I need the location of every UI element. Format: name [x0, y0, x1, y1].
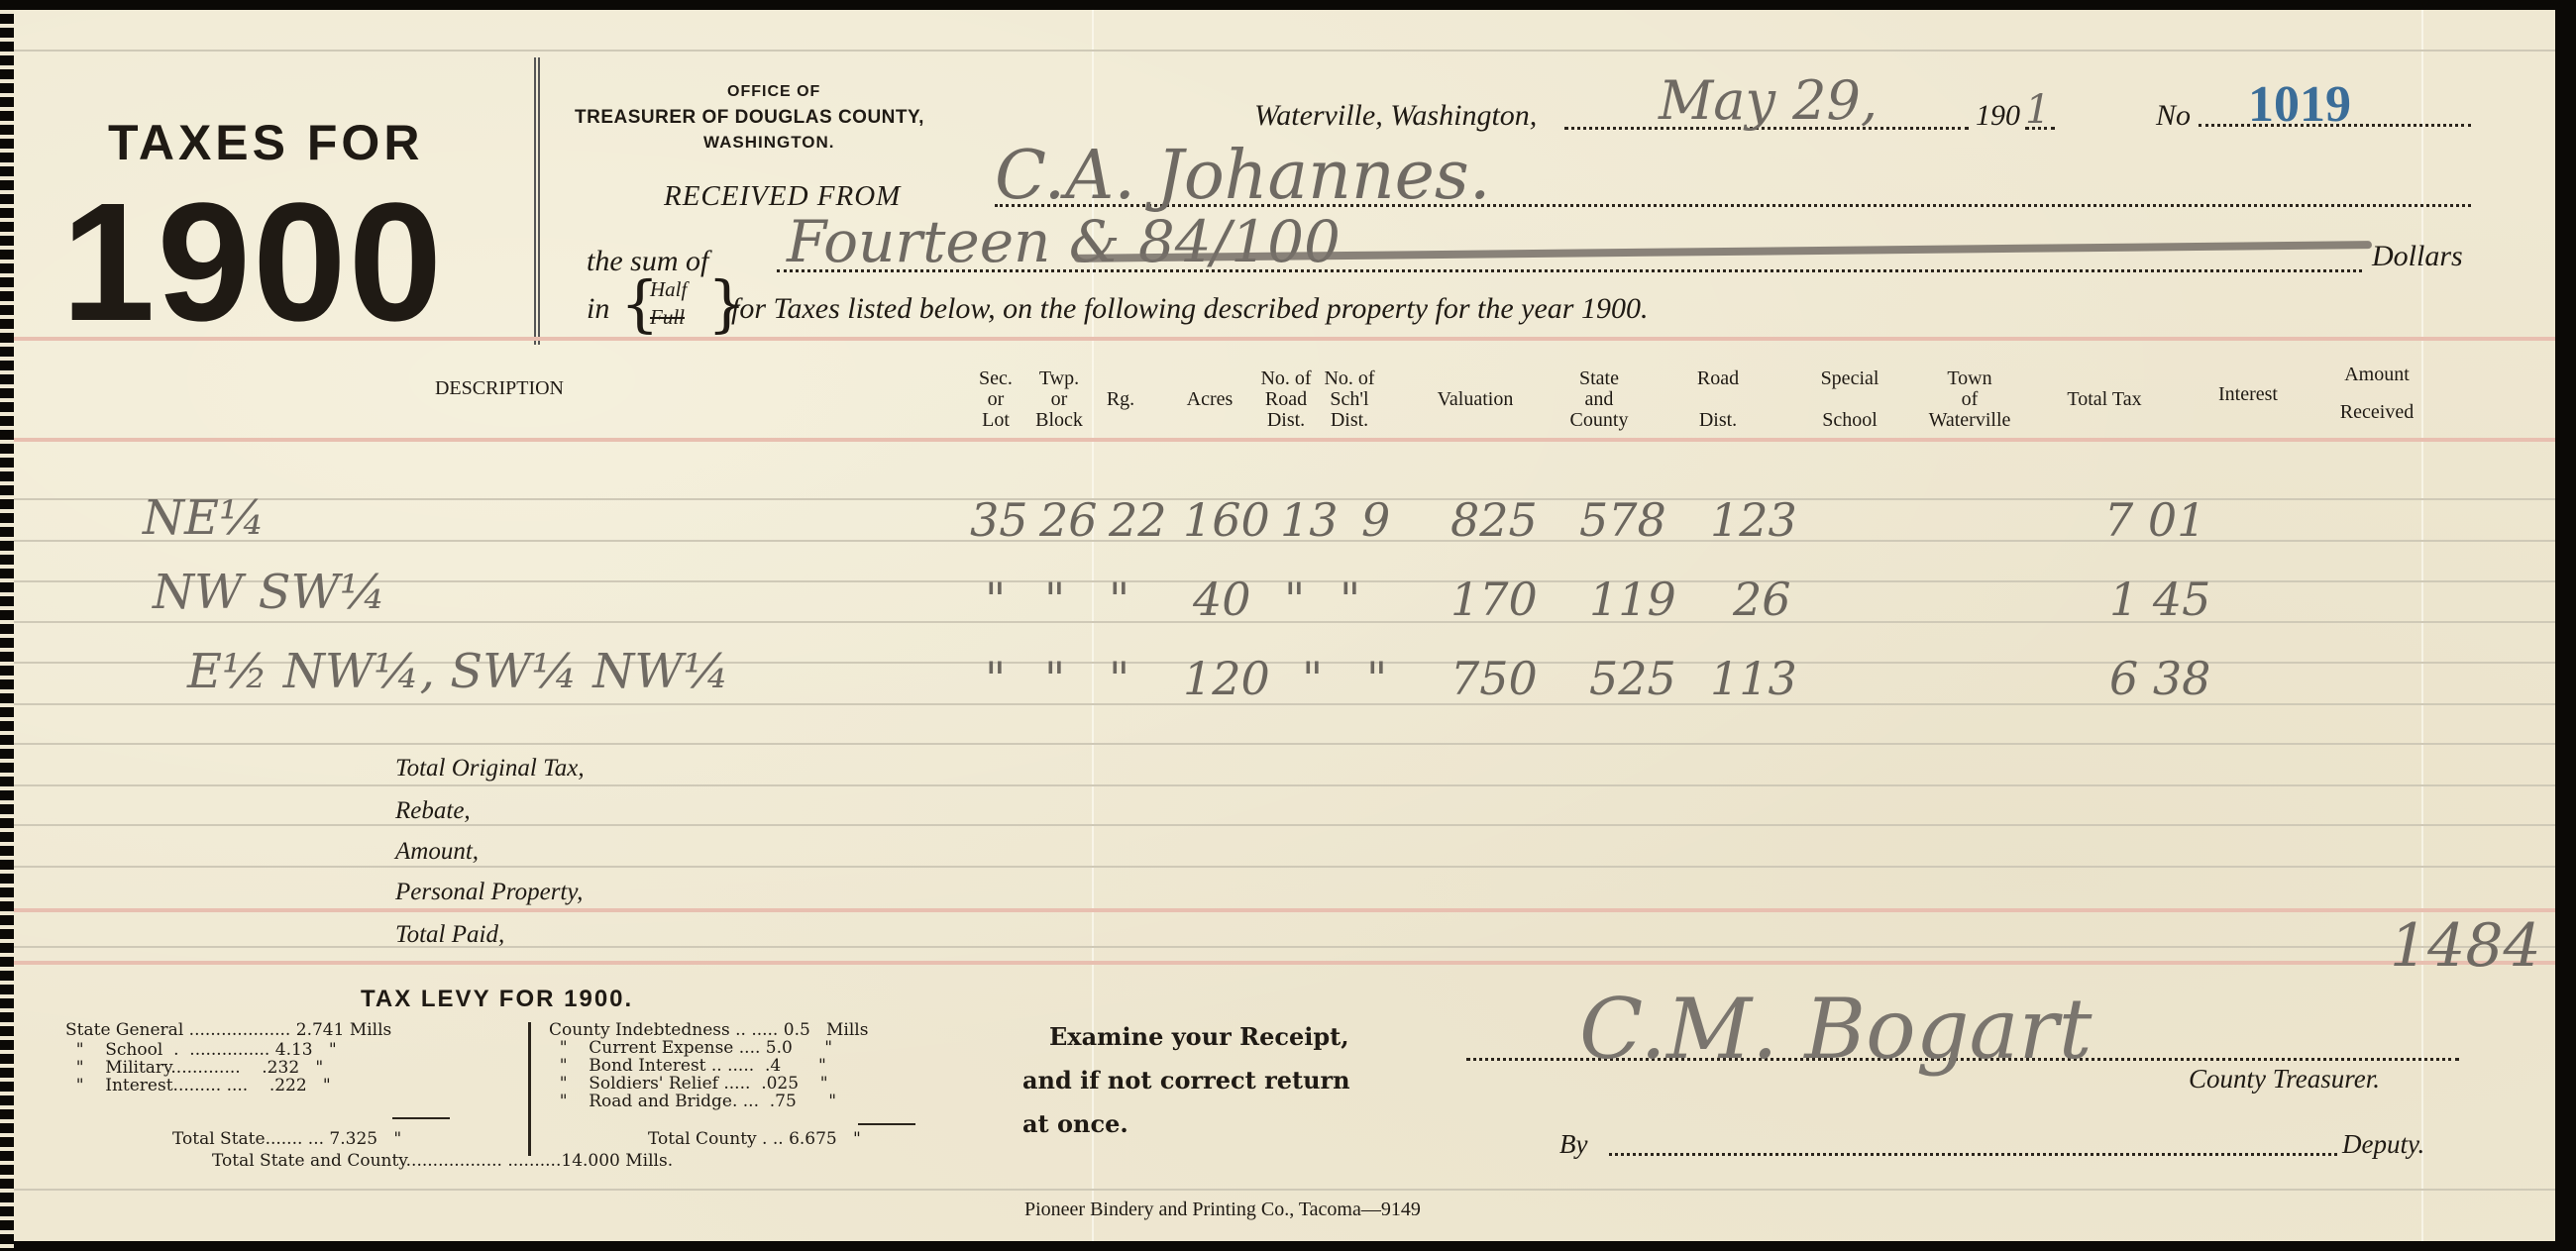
col-line: No. of [1320, 368, 1379, 389]
cell-acres: 120 [1183, 652, 1270, 705]
levy-label: " School . ............... [65, 1040, 269, 1060]
amount-label: Amount, [395, 838, 479, 866]
col-spacer [1815, 389, 1884, 410]
office-name: TREASURER OF DOUGLAS COUNTY, [575, 107, 924, 129]
cell-state-county: 525 [1589, 652, 1676, 705]
levy-value: 4.13 [275, 1040, 313, 1060]
cell-road-dist: 113 [1710, 652, 1797, 705]
cell-school-dist-no: " [1366, 652, 1387, 705]
levy-unit: " [329, 1040, 337, 1060]
notice-line-1: Examine your Receipt, [1049, 1022, 1349, 1051]
levy-divider [528, 1022, 531, 1156]
col-line: Sch'l [1320, 389, 1379, 410]
cell-state-county: 119 [1589, 573, 1676, 626]
levy-grand-total: Total State and County..................… [212, 1151, 673, 1171]
treasurer-signature: C.M. Bogart [1579, 981, 2092, 1078]
levy-label: State General ................... [65, 1020, 290, 1040]
header-rule-top [14, 337, 2555, 341]
levy-label: " Road and Bridge. ... [549, 1092, 759, 1111]
levy-label: Total County . .. [648, 1129, 784, 1149]
rebate-label: Rebate, [395, 797, 471, 825]
levy-value: 0.5 [784, 1020, 810, 1040]
levy-item: " Interest......... .... .222 " [65, 1076, 331, 1095]
levy-label: " Soldiers' Relief ..... [549, 1074, 750, 1094]
total-paid-handwritten: 1484 [2390, 911, 2541, 981]
levy-unit: " [820, 1074, 828, 1094]
col-sec-line: Lot [971, 410, 1020, 431]
levy-label: Total State....... ... [172, 1129, 324, 1149]
col-twp: Twp. or Block [1029, 368, 1089, 431]
cell-school-dist-no: " [1340, 573, 1360, 626]
cell-acres: 160 [1183, 493, 1270, 547]
col-total-tax: Total Tax [2055, 389, 2154, 410]
col-line: of [1920, 389, 2019, 410]
cell-state-county: 578 [1579, 493, 1666, 547]
col-sec: Sec. or Lot [971, 368, 1020, 431]
col-acres: Acres [1175, 389, 1244, 410]
cell-total-tax: 6 38 [2109, 652, 2210, 705]
cell-twp: " [1044, 573, 1065, 626]
col-state-county: State and County [1559, 368, 1639, 431]
year-prefix: 190 [1976, 99, 2020, 133]
cell-school-dist-no: 9 [1361, 493, 1390, 547]
ruled-line [14, 743, 2555, 745]
col-spacer [2322, 385, 2431, 402]
cell-acres: 40 [1193, 573, 1251, 626]
deputy-label: Deputy. [2342, 1129, 2424, 1160]
personal-property-label: Personal Property, [395, 879, 583, 906]
office-state: WASHINGTON. [703, 133, 835, 153]
row-description: NW SW¼ [153, 565, 385, 620]
levy-unit: " [853, 1129, 861, 1149]
col-road-dist-no: No. of Road Dist. [1256, 368, 1316, 431]
in-label: in [587, 292, 609, 326]
levy-unit: " [828, 1092, 836, 1111]
levy-item: " Road and Bridge. ... .75 " [549, 1092, 836, 1111]
payer-handwritten: C.A. Johannes. [995, 137, 1490, 215]
col-line: Received [2322, 402, 2431, 423]
cell-rg: " [1109, 652, 1129, 705]
levy-label: County Indebtedness .. ..... [549, 1020, 778, 1040]
col-amount-received: Amount Received [2322, 365, 2431, 423]
col-interest: Interest [2203, 384, 2293, 405]
cell-valuation: 825 [1450, 493, 1538, 547]
receipt-number: 1019 [2248, 75, 2351, 134]
pink-rule [14, 961, 2555, 965]
col-line: Town [1920, 368, 2019, 389]
cell-road-dist: 26 [1733, 573, 1791, 626]
levy-unit: Mills [826, 1020, 868, 1040]
levy-value: .75 [770, 1092, 797, 1111]
deputy-line [1609, 1153, 2337, 1156]
levy-unit: " [315, 1058, 323, 1078]
total-paid-label: Total Paid, [395, 921, 504, 949]
bottom-rule [14, 1189, 2555, 1191]
levy-unit: " [393, 1129, 401, 1149]
header-rule-bottom [14, 438, 2555, 442]
col-line: Amount [2322, 365, 2431, 385]
levy-total-state: Total State....... ... 7.325 " [172, 1129, 401, 1149]
col-line: Road [1688, 368, 1748, 389]
levy-value: .4 [765, 1056, 781, 1076]
col-line: Dist. [1688, 410, 1748, 431]
number-label: No [2156, 99, 2191, 133]
levy-unit: " [824, 1038, 832, 1058]
tax-receipt: TAXES FOR 1900 OFFICE OF TREASURER OF DO… [14, 10, 2555, 1241]
office-of: OFFICE OF [727, 83, 820, 101]
col-twp-line: Block [1029, 410, 1089, 431]
cell-total-tax: 7 01 [2104, 493, 2205, 547]
col-line: County [1559, 410, 1639, 431]
col-special-school: Special School [1815, 368, 1884, 431]
col-description: DESCRIPTION [380, 378, 618, 399]
levy-label: " Military............. [65, 1058, 246, 1078]
levy-value: 2.741 [296, 1020, 345, 1040]
cell-twp: " [1044, 652, 1065, 705]
levy-unit: " [818, 1056, 826, 1076]
col-twp-line: Twp. [1029, 368, 1089, 389]
levy-value: .232 [262, 1058, 299, 1078]
half-option: Half [650, 277, 687, 302]
col-rg: Rg. [1101, 389, 1140, 410]
row-description: NE¼ [143, 490, 266, 546]
col-valuation: Valuation [1421, 389, 1530, 410]
title-year: 1900 [61, 178, 444, 347]
pink-rule [14, 908, 2555, 912]
cell-sec: 35 [970, 493, 1028, 547]
cell-sec: " [985, 652, 1006, 705]
county-total-rule [858, 1123, 915, 1125]
levy-value: .025 [761, 1074, 799, 1094]
notice-line-3: at once. [1022, 1109, 1128, 1138]
paper-fold [2421, 10, 2423, 1241]
levy-item: County Indebtedness .. ..... 0.5 Mills [549, 1020, 868, 1040]
levy-item: State General ................... 2.741 … [65, 1020, 391, 1040]
col-line: No. of [1256, 368, 1316, 389]
col-line: Dist. [1256, 410, 1316, 431]
cell-rg: 22 [1109, 493, 1167, 547]
cell-rg: " [1109, 573, 1129, 626]
col-line: Special [1815, 368, 1884, 389]
levy-item: " School . ............... 4.13 " [65, 1040, 337, 1060]
total-original-tax-label: Total Original Tax, [395, 755, 585, 782]
cell-total-tax: 1 45 [2109, 573, 2210, 626]
levy-label: " Interest......... .... [65, 1076, 248, 1095]
levy-value: 5.0 [766, 1038, 793, 1058]
levy-value: 14.000 Mills. [561, 1151, 673, 1171]
place-label: Waterville, Washington, [1254, 99, 1537, 133]
levy-title: TAX LEVY FOR 1900. [361, 986, 633, 1013]
col-school-dist-no: No. of Sch'l Dist. [1320, 368, 1379, 431]
cell-road-dist: 123 [1710, 493, 1797, 547]
cell-sec: " [985, 573, 1006, 626]
levy-item: " Soldiers' Relief ..... .025 " [549, 1074, 828, 1094]
col-sec-line: or [971, 389, 1020, 410]
title-taxes-for: TAXES FOR [108, 114, 423, 171]
levy-unit: Mills [350, 1020, 391, 1040]
by-label: By [1559, 1129, 1587, 1160]
cell-road-dist-no: " [1302, 652, 1323, 705]
col-line: Waterville [1920, 410, 2019, 431]
levy-label: " Bond Interest .. ..... [549, 1056, 754, 1076]
perforated-edge [0, 0, 14, 1251]
levy-value: .222 [269, 1076, 307, 1095]
col-line: Road [1256, 389, 1316, 410]
cell-twp: 26 [1039, 493, 1098, 547]
cell-valuation: 750 [1450, 652, 1538, 705]
col-line: Dist. [1320, 410, 1379, 431]
row-description: E½ NW¼, SW¼ NW¼ [187, 644, 729, 699]
levy-value: 7.325 [329, 1129, 377, 1149]
col-road-dist: Road Dist. [1688, 368, 1748, 431]
levy-item: " Military............. .232 " [65, 1058, 323, 1078]
col-line: School [1815, 410, 1884, 431]
levy-unit: " [323, 1076, 331, 1095]
col-twp-line: or [1029, 389, 1089, 410]
full-option-struck: Full [650, 305, 685, 330]
col-line: and [1559, 389, 1639, 410]
cell-valuation: 170 [1450, 573, 1538, 626]
notice-line-2: and if not correct return [1022, 1066, 1350, 1095]
printer-imprint: Pioneer Bindery and Printing Co., Tacoma… [1024, 1199, 1421, 1221]
col-town: Town of Waterville [1920, 368, 2019, 431]
title-divider [534, 57, 540, 345]
levy-total-county: Total County . .. 6.675 " [648, 1129, 861, 1149]
sum-handwritten: Fourteen & 84/100 [787, 208, 1341, 275]
col-spacer [1688, 389, 1748, 410]
ruled-line [14, 784, 2555, 786]
taxes-statement: for Taxes listed below, on the following… [731, 292, 1648, 326]
levy-item: " Bond Interest .. ..... .4 " [549, 1056, 826, 1076]
cell-road-dist-no: " [1284, 573, 1305, 626]
levy-item: " Current Expense .... 5.0 " [549, 1038, 832, 1058]
county-treasurer-label: County Treasurer. [2189, 1064, 2380, 1095]
ruled-line [14, 866, 2555, 868]
col-sec-line: Sec. [971, 368, 1020, 389]
levy-label: " Current Expense .... [549, 1038, 760, 1058]
year-line [2025, 127, 2055, 130]
levy-label: Total State and County..................… [212, 1151, 561, 1171]
date-handwritten: May 29, [1659, 69, 1878, 132]
state-total-rule [392, 1117, 450, 1119]
top-rule [14, 50, 2555, 52]
dollars-label: Dollars [2372, 240, 2463, 273]
cell-road-dist-no: 13 [1280, 493, 1339, 547]
col-line: State [1559, 368, 1639, 389]
levy-value: 6.675 [789, 1129, 837, 1149]
